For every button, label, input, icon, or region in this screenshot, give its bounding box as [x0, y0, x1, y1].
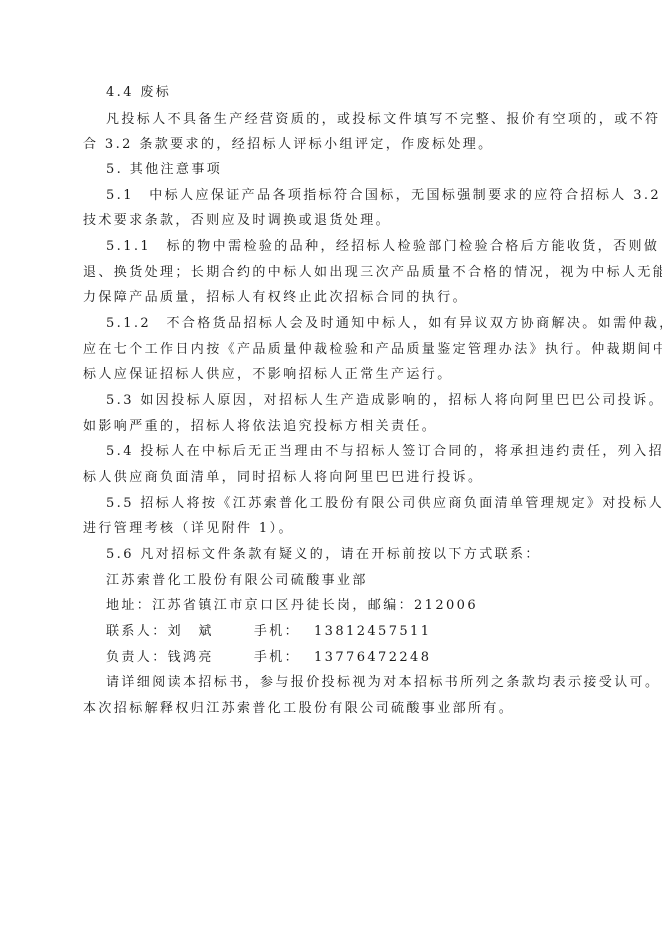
phone-label: 手机：: [254, 650, 300, 665]
paragraph-line: 5.3 如因投标人原因，对招标人生产造成影响的，招标人将向阿里巴巴公司投诉。: [106, 391, 662, 411]
contact-row: 负责人：钱鸿亮手机：13776472248: [106, 648, 431, 668]
paragraph-line: 5.5 招标人将按《江苏索普化工股份有限公司供应商负面清单管理规定》对投标人: [106, 494, 662, 514]
section-heading: 4.4 废标: [106, 83, 171, 103]
paragraph-line: 5.6 凡对招标文件条款有疑义的，请在开标前按以下方式联系：: [106, 545, 541, 565]
paragraph-line: 如影响严重的，招标人将依法追究投标方相关责任。: [83, 417, 437, 437]
company-name: 江苏索普化工股份有限公司硫酸事业部: [106, 571, 368, 591]
contact-role: 联系人：: [106, 624, 168, 639]
closing-line: 请详细阅读本招标书，参与报价投标视为对本招标书所列之条款均表示接受认可。: [106, 673, 660, 693]
paragraph-line: 力保障产品质量，招标人有权终止此次招标合同的执行。: [83, 288, 468, 308]
paragraph-line: 合 3.2 条款要求的，经招标人评标小组评定，作废标处理。: [83, 135, 494, 155]
paragraph-line: 进行管理考核（详见附件 1）。: [83, 519, 294, 539]
paragraph-line: 凡投标人不具备生产经营资质的，或投标文件填写不完整、报价有空项的，或不符: [106, 110, 660, 130]
contact-name: 钱鸿亮: [168, 650, 214, 665]
address-line: 地址：江苏省镇江市京口区丹徒长岗，邮编：212006: [106, 596, 478, 616]
paragraph-line: 5.1.1 标的物中需检验的品种，经招标人检验部门检验合格后方能收货，否则做: [106, 237, 659, 257]
contact-row: 联系人：刘 斌手机：13812457511: [106, 622, 431, 642]
contact-name: 刘 斌: [168, 624, 214, 639]
paragraph-line: 应在七个工作日内按《产品质量仲裁检验和产品质量鉴定管理办法》执行。仲裁期间中: [83, 340, 662, 360]
paragraph-line: 5.1.2 不合格货品招标人会及时通知中标人，如有异议双方协商解决。如需仲裁，: [106, 314, 662, 334]
paragraph-line: 标人供应商负面清单，同时招标人将向阿里巴巴进行投诉。: [83, 468, 483, 488]
paragraph-line: 标人应保证招标人供应，不影响招标人正常生产运行。: [83, 365, 453, 385]
paragraph-line: 5.1 中标人应保证产品各项指标符合国标，无国标强制要求的应符合招标人 3.2: [106, 186, 661, 206]
section-heading: 5. 其他注意事项: [106, 160, 222, 180]
paragraph-line: 5.4 投标人在中标后无正当理由不与招标人签订合同的，将承担违约责任，列入招: [106, 442, 662, 462]
paragraph-line: 退、换货处理；长期合约的中标人如出现三次产品质量不合格的情况，视为中标人无能: [83, 263, 662, 283]
phone-number: 13812457511: [314, 624, 431, 639]
phone-label: 手机：: [254, 624, 300, 639]
contact-role: 负责人：: [106, 650, 168, 665]
closing-line: 本次招标解释权归江苏索普化工股份有限公司硫酸事业部所有。: [83, 699, 514, 719]
phone-number: 13776472248: [314, 650, 431, 665]
paragraph-line: 技术要求条款，否则应及时调换或退货处理。: [83, 211, 391, 231]
